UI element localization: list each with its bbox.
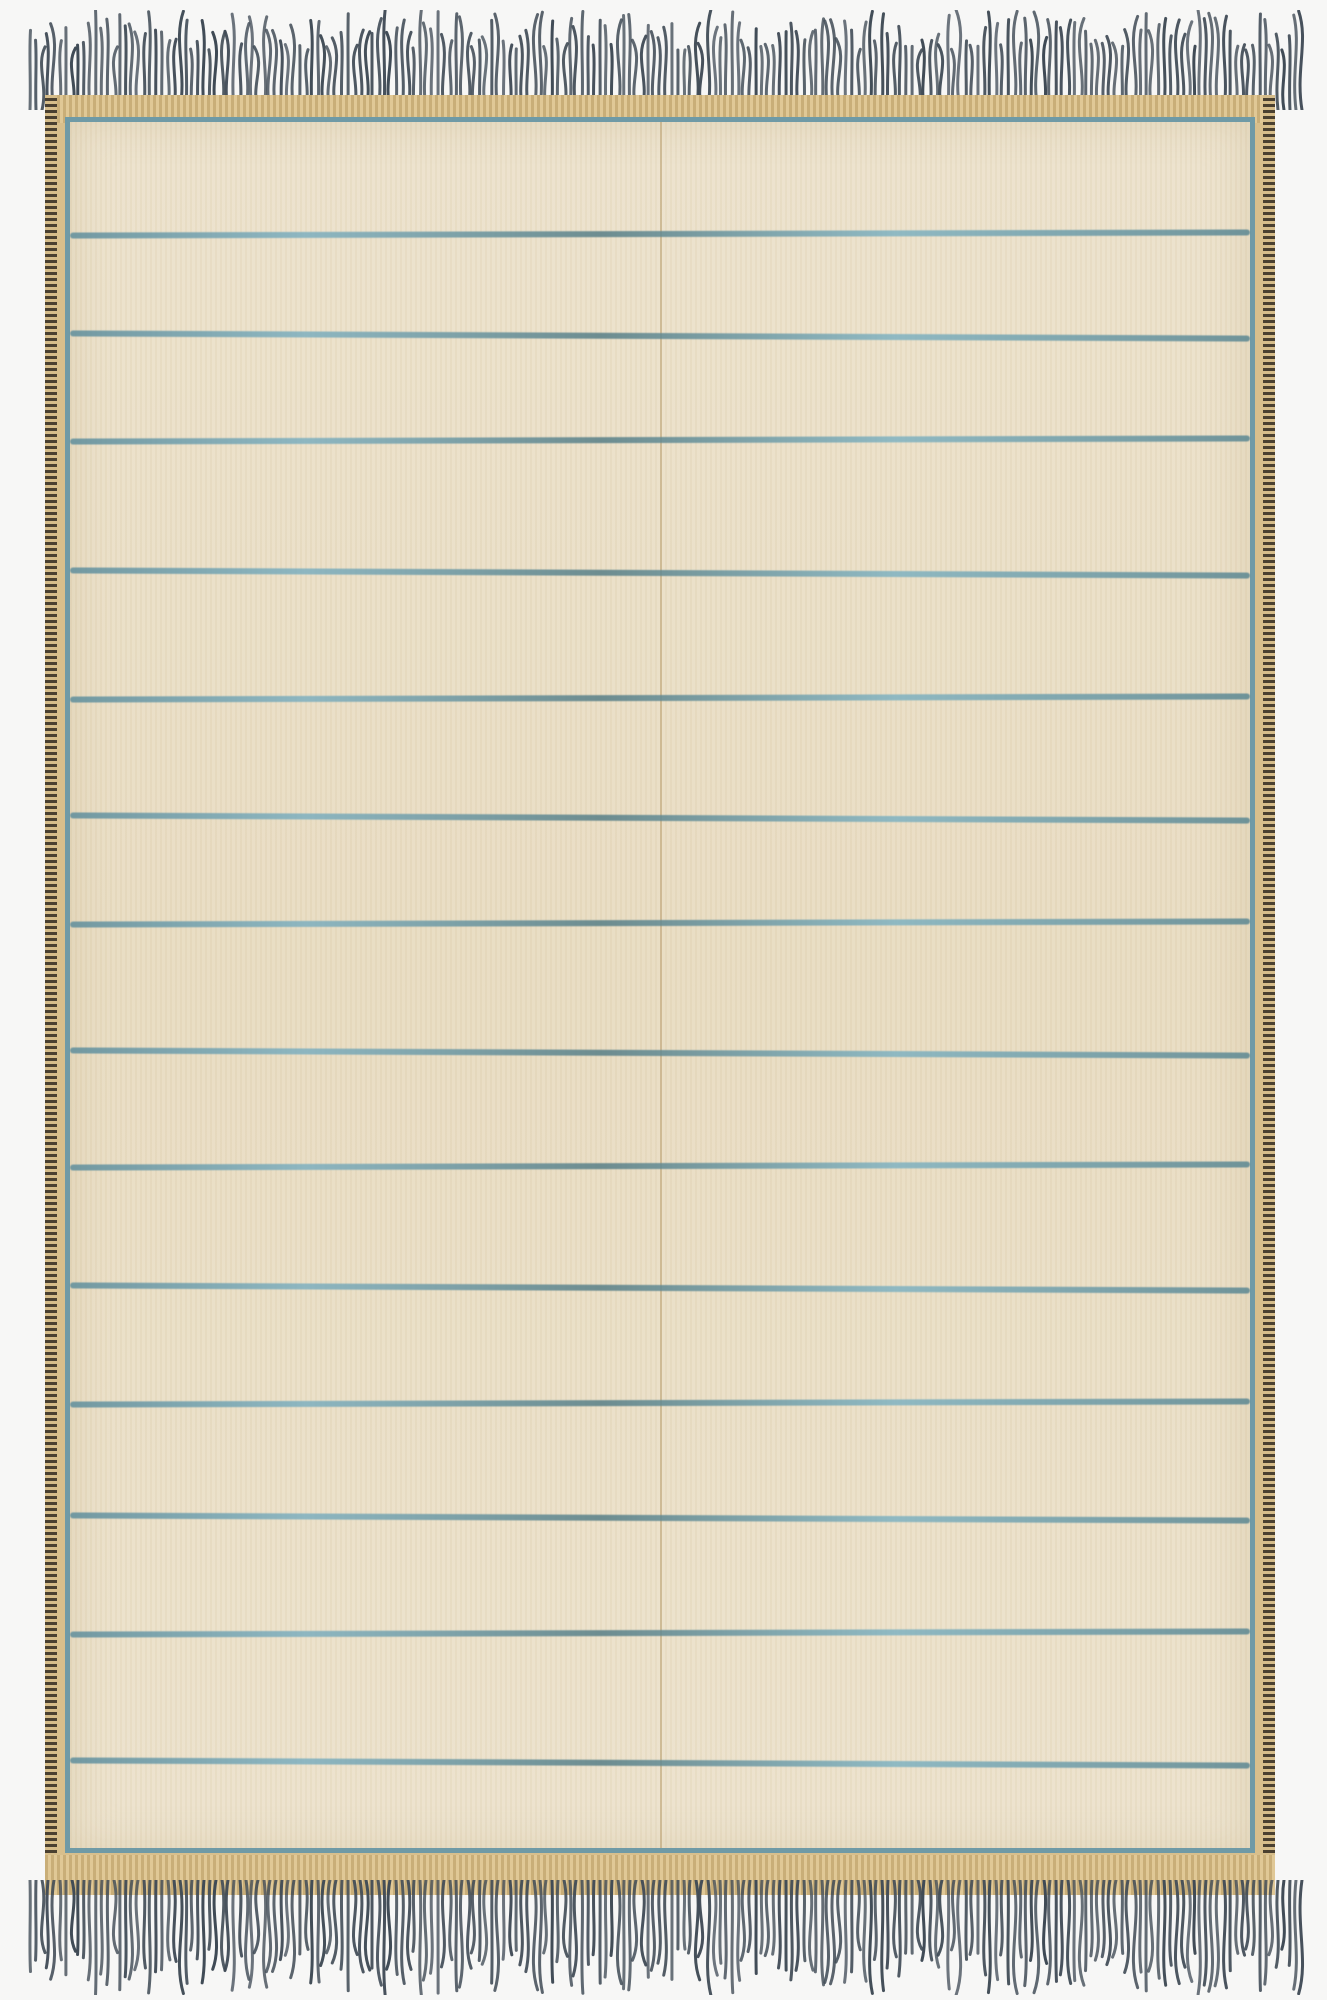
bottom-fringe (20, 1880, 1310, 1995)
pile-field (65, 117, 1255, 1853)
center-seam (660, 122, 662, 1848)
rug-body (45, 95, 1275, 1895)
rug-photo (0, 0, 1327, 2000)
left-edge-binding (45, 95, 57, 1895)
right-edge-binding (1263, 95, 1275, 1895)
